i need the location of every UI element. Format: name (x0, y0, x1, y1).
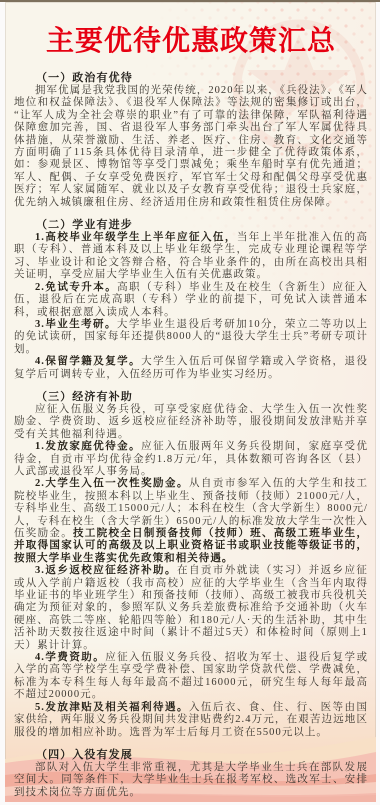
photo-top-edge (0, 0, 380, 2)
paragraph-lead: 2.免试专升本。 (35, 282, 117, 293)
section-heading: （三）经济有补助 (14, 391, 368, 404)
section-economy: （三）经济有补助 应征入伍服义务兵役，可享受家庭优待金、大学生入伍一次性奖励金、… (14, 391, 368, 739)
paragraph: 部队对入伍大学生非常重视，尤其是大学毕业生士兵在部队发展空间大。同等条件下，大学… (14, 762, 368, 799)
paragraph-text: 在自贡市外就读（实习）并返乡应征或从入学前户籍返校（我市高校）应征的大学毕业生（… (14, 565, 368, 650)
document-sheet: 主要优待优惠政策汇总 （一）政治有优待 拥军优属是我党我国的光荣传统，2020年… (5, 2, 376, 802)
paragraph: 应征入伍服义务兵役，可享受家庭优待金、大学生入伍一次性奖励金、学费资助、返乡返校… (14, 404, 368, 441)
paragraph-text: 应征入伍服义务兵役，可享受家庭优待金、大学生入伍一次性奖励金、学费资助、返乡返校… (14, 404, 368, 440)
paragraph: 4.学费资助。应征入伍服义务兵役、招收为军士、退役后复学或入学的高等学校学生享受… (14, 652, 368, 702)
policy-poster-page: 主要优待优惠政策汇总 （一）政治有优待 拥军优属是我党我国的光荣传统，2020年… (0, 0, 380, 805)
section-heading: （二）学业有进步 (14, 219, 368, 232)
page-title: 主要优待优惠政策汇总 (14, 26, 368, 58)
paragraph: 2.大学生入伍一次性奖励金。从自贡市参军入伍的大学生和技工院校毕业生，按照本科以… (14, 478, 368, 565)
paragraph-lead: 2.大学生入伍一次性奖励金。 (35, 478, 189, 489)
paragraph-lead: 1.高校毕业年级学生上半年应征入伍， (35, 232, 237, 243)
paragraph: 1.高校毕业年级学生上半年应征入伍，当年上半年批准入伍的高职（专科）、普通本科及… (14, 232, 368, 282)
paragraph-lead: 4.学费资助。 (35, 652, 105, 663)
section-heading: （一）政治有优待 (14, 72, 368, 85)
paragraph-lead: 1.发放家庭优待金。 (35, 441, 141, 452)
section-politics: （一）政治有优待 拥军优属是我党我国的光荣传统，2020年以来，《兵役法》、《军… (14, 72, 368, 209)
paragraph-lead: 5.发放津贴及相关福利待遇。 (35, 702, 189, 713)
paragraph-lead: 3.返乡返校应征经济补助。 (35, 565, 177, 576)
paragraph: 3.返乡返校应征经济补助。在自贡市外就读（实习）并返乡应征或从入学前户籍返校（我… (14, 565, 368, 652)
section-education: （二）学业有进步 1.高校毕业年级学生上半年应征入伍，当年上半年批准入伍的高职（… (14, 219, 368, 381)
paragraph-lead: 3.毕业生考研。 (35, 319, 117, 330)
paragraph-lead: 4.保留学籍及复学。 (35, 356, 141, 367)
paragraph-text: 部队对入伍大学生非常重视，尤其是大学毕业生士兵在部队发展空间大。同等条件下，大学… (14, 762, 368, 798)
paragraph: 1.发放家庭优待金。应征入伍服两年义务兵役期间，家庭享受优待金，自贡市平均优待金… (14, 441, 368, 478)
paragraph: 2.免试专升本。高职（专科）毕业生及在校生（含新生）应征入伍，退役后在完成高职（… (14, 282, 368, 319)
paragraph-text: 拥军优属是我党我国的光荣传统，2020年以来，《兵役法》、《军人地位和权益保障法… (14, 85, 368, 208)
document-content: 主要优待优惠政策汇总 （一）政治有优待 拥军优属是我党我国的光荣传统，2020年… (5, 2, 376, 799)
paragraph: 5.发放津贴及相关福利待遇。入伍后衣、食、住、行、医等由国家供给，两年服义务兵役… (14, 702, 368, 739)
paragraph: 4.保留学籍及复学。大学生入伍后可保留学籍或入学资格，退役复学后可调转专业，入伍… (14, 356, 368, 381)
paragraph: 拥军优属是我党我国的光荣传统，2020年以来，《兵役法》、《军人地位和权益保障法… (14, 85, 368, 209)
section-service-development: （四）入役有发展 部队对入伍大学生非常重视，尤其是大学毕业生士兵在部队发展空间大… (14, 749, 368, 799)
paragraph: 3.毕业生考研。大学毕业生退役后考研加10分，荣立二等功以上的免试读研，国家每年… (14, 319, 368, 356)
section-heading: （四）入役有发展 (14, 749, 368, 762)
